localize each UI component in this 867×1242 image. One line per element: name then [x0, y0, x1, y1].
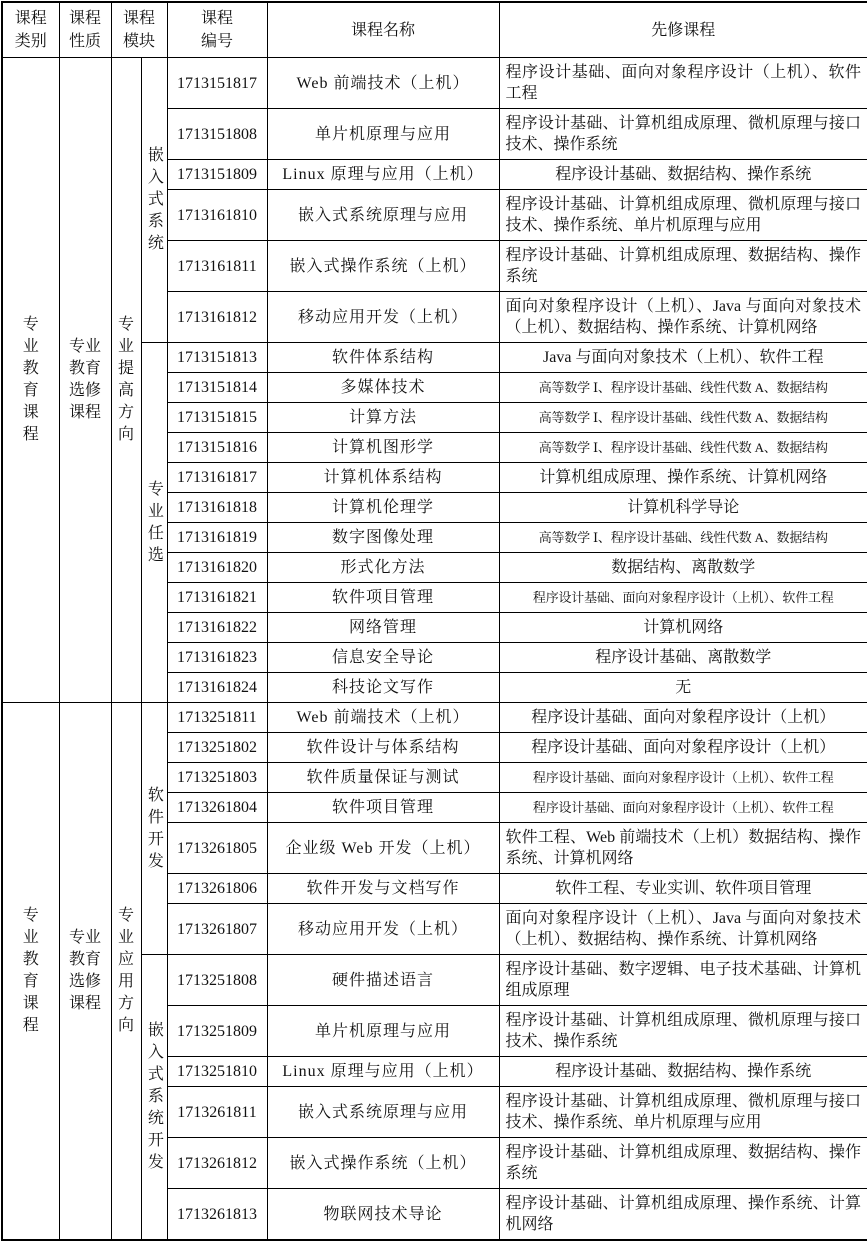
header-course-code-label: 课程编号	[199, 7, 234, 53]
course-code: 1713161822	[167, 613, 267, 643]
course-prereq-label: 程序设计基础、计算机组成原理、微机原理与接口技术、操作系统	[506, 115, 862, 153]
course-name: 软件项目管理	[267, 583, 499, 613]
course-name: 数字图像处理	[267, 523, 499, 553]
course-prereq: 程序设计基础、计算机组成原理、微机原理与接口技术、操作系统、单片机原理与应用	[499, 1087, 867, 1138]
course-code: 1713251808	[167, 955, 267, 1006]
course-name: 计算机图形学	[267, 433, 499, 463]
curriculum-page: 课程类别 课程性质 课程模块 课程编号 课程名称 先修课程 专业教育课程专业教育…	[0, 0, 867, 1242]
header-course-category-label: 课程类别	[13, 7, 48, 53]
course-module-cell: 嵌入式系统	[141, 58, 167, 343]
course-prereq: 程序设计基础、面向对象程序设计（上机）	[499, 733, 867, 763]
header-course-code: 课程编号	[167, 2, 267, 58]
course-code: 1713261805	[167, 823, 267, 874]
course-prereq: 程序设计基础、计算机组成原理、微机原理与接口技术、操作系统	[499, 109, 867, 160]
course-code: 1713261804	[167, 793, 267, 823]
course-module-cell-label: 嵌入式系统	[148, 145, 165, 255]
course-name: 企业级 Web 开发（上机）	[267, 823, 499, 874]
course-code-label: 1713161812	[177, 309, 257, 326]
course-prereq-label: 软件工程、专业实训、软件项目管理	[555, 880, 811, 897]
course-prereq-label: 高等数学 Ⅰ、程序设计基础、线性代数 A、数据结构	[539, 530, 828, 545]
course-code: 1713161818	[167, 493, 267, 523]
course-name-label: 形式化方法	[340, 559, 425, 576]
course-code: 1713161810	[167, 190, 267, 241]
course-code-label: 1713261811	[177, 1104, 256, 1121]
header-row: 课程类别 课程性质 课程模块 课程编号 课程名称 先修课程	[2, 2, 867, 58]
course-direction-cell: 专业应用方向	[111, 703, 141, 1241]
course-code-label: 1713161810	[177, 207, 257, 224]
course-code-label: 1713251808	[177, 972, 257, 989]
course-code-label: 1713151808	[177, 126, 257, 143]
course-name: 软件体系结构	[267, 343, 499, 373]
course-category-cell-label: 专业教育课程	[22, 905, 39, 1037]
course-code: 1713161812	[167, 292, 267, 343]
course-prereq: 程序设计基础、计算机组成原理、数据结构、操作系统	[499, 241, 867, 292]
table-body: 专业教育课程专业教育选修课程专业提高方向嵌入式系统1713151817Web 前…	[2, 58, 867, 1241]
course-code: 1713151808	[167, 109, 267, 160]
course-name: 软件开发与文档写作	[267, 874, 499, 904]
course-code: 1713151814	[167, 373, 267, 403]
course-code-label: 1713261812	[177, 1155, 257, 1172]
course-name-label: 移动应用开发（上机）	[298, 309, 468, 326]
course-name: 信息安全导论	[267, 643, 499, 673]
course-prereq: 无	[499, 673, 867, 703]
course-prereq-label: 程序设计基础、计算机组成原理、微机原理与接口技术、操作系统	[506, 1012, 862, 1050]
course-nature-cell-label: 专业教育选修课程	[68, 336, 102, 424]
course-name: 网络管理	[267, 613, 499, 643]
course-name: 移动应用开发（上机）	[267, 292, 499, 343]
course-prereq: 高等数学 Ⅰ、程序设计基础、线性代数 A、数据结构	[499, 373, 867, 403]
course-prereq: 软件工程、Web 前端技术（上机）数据结构、操作系统、计算机网络	[499, 823, 867, 874]
course-module-cell: 专业任选	[141, 343, 167, 703]
course-prereq: 程序设计基础、面向对象程序设计（上机）、软件工程	[499, 763, 867, 793]
course-name: 嵌入式操作系统（上机）	[267, 241, 499, 292]
course-code-label: 1713161821	[177, 589, 257, 606]
course-code-label: 1713151813	[177, 349, 257, 366]
course-code-label: 1713251803	[177, 769, 257, 786]
course-prereq: 程序设计基础、数字逻辑、电子技术基础、计算机组成原理	[499, 955, 867, 1006]
course-name-label: 计算机体系结构	[323, 469, 442, 486]
course-prereq: 数据结构、离散数学	[499, 553, 867, 583]
course-code: 1713251810	[167, 1057, 267, 1087]
course-name-label: 企业级 Web 开发（上机）	[286, 840, 481, 857]
course-name: 单片机原理与应用	[267, 109, 499, 160]
course-code: 1713251809	[167, 1006, 267, 1057]
course-prereq-label: 计算机网络	[643, 619, 723, 636]
course-code: 1713161820	[167, 553, 267, 583]
course-prereq-label: 无	[675, 679, 691, 696]
course-code-label: 1713161817	[177, 469, 257, 486]
course-name: 形式化方法	[267, 553, 499, 583]
course-prereq-label: 程序设计基础、数据结构、操作系统	[555, 1063, 811, 1080]
course-code: 1713161821	[167, 583, 267, 613]
course-code: 1713161819	[167, 523, 267, 553]
course-code-label: 1713161811	[177, 258, 256, 275]
course-module-cell: 软件开发	[141, 703, 167, 955]
course-prereq: 程序设计基础、面向对象程序设计（上机）	[499, 703, 867, 733]
course-prereq: 高等数学 Ⅰ、程序设计基础、线性代数 A、数据结构	[499, 523, 867, 553]
course-name: 嵌入式系统原理与应用	[267, 1087, 499, 1138]
course-name-label: 单片机原理与应用	[315, 1023, 451, 1040]
course-name-label: 软件开发与文档写作	[306, 880, 459, 897]
course-name-label: 网络管理	[349, 619, 417, 636]
course-prereq: 计算机科学导论	[499, 493, 867, 523]
course-name-label: 嵌入式系统原理与应用	[298, 207, 468, 224]
course-prereq-label: 软件工程、Web 前端技术（上机）数据结构、操作系统、计算机网络	[506, 829, 862, 867]
course-prereq-label: 程序设计基础、面向对象程序设计（上机）、软件工程	[533, 590, 834, 605]
course-prereq-label: 程序设计基础、面向对象程序设计（上机）	[531, 739, 835, 756]
course-code-label: 1713161818	[177, 499, 257, 516]
header-course-nature: 课程性质	[59, 2, 111, 58]
course-name: Web 前端技术（上机）	[267, 58, 499, 109]
course-code-label: 1713251810	[177, 1063, 257, 1080]
course-module-cell: 嵌入式系统开发	[141, 955, 167, 1241]
course-code: 1713161823	[167, 643, 267, 673]
course-prereq: 计算机网络	[499, 613, 867, 643]
course-module-cell-label: 嵌入式系统开发	[148, 1020, 165, 1174]
course-code-label: 1713151814	[177, 379, 257, 396]
course-name-label: 计算机图形学	[332, 439, 434, 456]
course-name-label: Linux 原理与应用（上机）	[282, 166, 483, 183]
course-code-label: 1713151815	[177, 409, 257, 426]
course-name: Linux 原理与应用（上机）	[267, 160, 499, 190]
course-prereq-label: 程序设计基础、计算机组成原理、数据结构、操作系统	[506, 247, 862, 285]
course-prereq-label: 程序设计基础、计算机组成原理、微机原理与接口技术、操作系统、单片机原理与应用	[506, 1093, 862, 1131]
course-name-label: 计算机伦理学	[332, 499, 434, 516]
course-prereq: 程序设计基础、计算机组成原理、微机原理与接口技术、操作系统	[499, 1006, 867, 1057]
course-prereq: 程序设计基础、面向对象程序设计（上机）、软件工程	[499, 583, 867, 613]
course-name-label: 软件项目管理	[332, 589, 434, 606]
course-code-label: 1713261804	[177, 799, 257, 816]
course-code: 1713151813	[167, 343, 267, 373]
course-name-label: 软件体系结构	[332, 349, 434, 366]
course-prereq-label: 程序设计基础、面向对象程序设计（上机）、软件工程	[506, 64, 862, 102]
course-prereq: 高等数学 Ⅰ、程序设计基础、线性代数 A、数据结构	[499, 403, 867, 433]
course-prereq-label: 面向对象程序设计（上机）、Java 与面向对象技术（上机）、数据结构、操作系统、…	[506, 298, 862, 336]
course-nature-cell: 专业教育选修课程	[59, 703, 111, 1241]
course-name: Web 前端技术（上机）	[267, 703, 499, 733]
course-prereq: 面向对象程序设计（上机）、Java 与面向对象技术（上机）、数据结构、操作系统、…	[499, 904, 867, 955]
course-prereq-label: 高等数学 Ⅰ、程序设计基础、线性代数 A、数据结构	[539, 380, 828, 395]
course-code: 1713151815	[167, 403, 267, 433]
course-name-label: 物联网技术导论	[323, 1206, 442, 1223]
course-name: 嵌入式系统原理与应用	[267, 190, 499, 241]
course-name: 软件质量保证与测试	[267, 763, 499, 793]
header-course-module: 课程模块	[111, 2, 167, 58]
course-module-cell-label: 专业任选	[148, 479, 165, 567]
course-name-label: 软件项目管理	[332, 799, 434, 816]
course-prereq: 程序设计基础、计算机组成原理、操作系统、计算机网络	[499, 1189, 867, 1241]
course-name-label: 数字图像处理	[332, 529, 434, 546]
course-prereq-label: 程序设计基础、面向对象程序设计（上机）、软件工程	[533, 800, 834, 815]
course-prereq-label: 高等数学 Ⅰ、程序设计基础、线性代数 A、数据结构	[539, 410, 828, 425]
course-prereq: 程序设计基础、离散数学	[499, 643, 867, 673]
course-module-cell-label: 软件开发	[148, 785, 165, 873]
course-prereq-label: 程序设计基础、计算机组成原理、微机原理与接口技术、操作系统、单片机原理与应用	[506, 196, 862, 234]
course-prereq: 计算机组成原理、操作系统、计算机网络	[499, 463, 867, 493]
course-code-label: 1713261813	[177, 1206, 257, 1223]
header-course-name: 课程名称	[267, 2, 499, 58]
course-name-label: 硬件描述语言	[332, 972, 434, 989]
course-prereq-label: 面向对象程序设计（上机）、Java 与面向对象技术（上机）、数据结构、操作系统、…	[506, 910, 862, 948]
course-prereq: 程序设计基础、面向对象程序设计（上机）、软件工程	[499, 58, 867, 109]
course-name: 计算机体系结构	[267, 463, 499, 493]
course-name-label: 嵌入式操作系统（上机）	[289, 258, 476, 275]
course-code: 1713261812	[167, 1138, 267, 1189]
course-code-label: 1713261805	[177, 840, 257, 857]
course-prereq: 面向对象程序设计（上机）、Java 与面向对象技术（上机）、数据结构、操作系统、…	[499, 292, 867, 343]
course-prereq-label: 计算机科学导论	[627, 499, 739, 516]
course-prereq-label: 程序设计基础、离散数学	[595, 649, 771, 666]
header-prereq-label: 先修课程	[651, 22, 715, 39]
course-prereq-label: 高等数学 Ⅰ、程序设计基础、线性代数 A、数据结构	[539, 440, 828, 455]
course-prereq-label: Java 与面向对象技术（上机）、软件工程	[543, 349, 823, 366]
course-prereq: 程序设计基础、计算机组成原理、微机原理与接口技术、操作系统、单片机原理与应用	[499, 190, 867, 241]
course-code-label: 1713161823	[177, 649, 257, 666]
course-name-label: Linux 原理与应用（上机）	[282, 1063, 483, 1080]
course-code: 1713251802	[167, 733, 267, 763]
course-prereq: 软件工程、专业实训、软件项目管理	[499, 874, 867, 904]
header-course-nature-label: 课程性质	[67, 7, 102, 53]
course-prereq-label: 程序设计基础、计算机组成原理、操作系统、计算机网络	[506, 1195, 862, 1233]
course-code-label: 1713161820	[177, 559, 257, 576]
course-code: 1713261807	[167, 904, 267, 955]
curriculum-table: 课程类别 课程性质 课程模块 课程编号 课程名称 先修课程 专业教育课程专业教育…	[1, 1, 867, 1241]
course-name: 软件项目管理	[267, 793, 499, 823]
course-prereq-label: 数据结构、离散数学	[611, 559, 755, 576]
course-name-label: Web 前端技术（上机）	[297, 75, 470, 92]
course-direction-cell-label: 专业提高方向	[118, 314, 135, 446]
course-name: 科技论文写作	[267, 673, 499, 703]
course-code-label: 1713261806	[177, 880, 257, 897]
course-name: 嵌入式操作系统（上机）	[267, 1138, 499, 1189]
course-prereq: 程序设计基础、数据结构、操作系统	[499, 1057, 867, 1087]
header-course-category: 课程类别	[2, 2, 59, 58]
course-category-cell: 专业教育课程	[2, 703, 59, 1241]
course-prereq-label: 计算机组成原理、操作系统、计算机网络	[539, 469, 827, 486]
course-name-label: 软件质量保证与测试	[306, 769, 459, 786]
course-code: 1713261806	[167, 874, 267, 904]
course-code-label: 1713251809	[177, 1023, 257, 1040]
course-name-label: 移动应用开发（上机）	[298, 921, 468, 938]
course-nature-cell-label: 专业教育选修课程	[68, 927, 102, 1015]
course-code: 1713151817	[167, 58, 267, 109]
header-prereq: 先修课程	[499, 2, 867, 58]
course-code: 1713261813	[167, 1189, 267, 1241]
course-name-label: 嵌入式系统原理与应用	[298, 1104, 468, 1121]
course-name: 计算机伦理学	[267, 493, 499, 523]
course-name-label: 计算方法	[349, 409, 417, 426]
course-prereq: 程序设计基础、计算机组成原理、数据结构、操作系统	[499, 1138, 867, 1189]
course-direction-cell-label: 专业应用方向	[118, 905, 135, 1037]
course-name-label: 科技论文写作	[332, 679, 434, 696]
course-row: 专业教育课程专业教育选修课程专业应用方向软件开发1713251811Web 前端…	[2, 703, 867, 733]
course-name: 移动应用开发（上机）	[267, 904, 499, 955]
course-name: 多媒体技术	[267, 373, 499, 403]
header-course-module-label: 课程模块	[121, 7, 156, 53]
course-prereq-label: 程序设计基础、计算机组成原理、数据结构、操作系统	[506, 1144, 862, 1182]
course-name-label: 软件设计与体系结构	[306, 739, 459, 756]
header-course-name-label: 课程名称	[351, 22, 415, 39]
course-name: Linux 原理与应用（上机）	[267, 1057, 499, 1087]
course-code-label: 1713161824	[177, 679, 257, 696]
course-prereq: 程序设计基础、面向对象程序设计（上机）、软件工程	[499, 793, 867, 823]
course-code: 1713161824	[167, 673, 267, 703]
course-name: 计算方法	[267, 403, 499, 433]
course-prereq-label: 程序设计基础、面向对象程序设计（上机）	[531, 709, 835, 726]
course-direction-cell: 专业提高方向	[111, 58, 141, 703]
course-code-label: 1713161822	[177, 619, 257, 636]
course-code: 1713161817	[167, 463, 267, 493]
course-prereq-label: 程序设计基础、数据结构、操作系统	[555, 166, 811, 183]
course-name: 硬件描述语言	[267, 955, 499, 1006]
course-code-label: 1713161819	[177, 529, 257, 546]
course-name: 物联网技术导论	[267, 1189, 499, 1241]
course-name-label: 多媒体技术	[340, 379, 425, 396]
course-code-label: 1713251811	[177, 709, 256, 726]
course-prereq-label: 程序设计基础、面向对象程序设计（上机）、软件工程	[533, 770, 834, 785]
course-code: 1713261811	[167, 1087, 267, 1138]
course-code-label: 1713261807	[177, 921, 257, 938]
course-code-label: 1713151809	[177, 166, 257, 183]
course-name-label: 信息安全导论	[332, 649, 434, 666]
course-code: 1713251803	[167, 763, 267, 793]
course-prereq: 高等数学 Ⅰ、程序设计基础、线性代数 A、数据结构	[499, 433, 867, 463]
course-code-label: 1713151817	[177, 75, 257, 92]
course-prereq: Java 与面向对象技术（上机）、软件工程	[499, 343, 867, 373]
course-code-label: 1713251802	[177, 739, 257, 756]
course-nature-cell: 专业教育选修课程	[59, 58, 111, 703]
course-row: 专业教育课程专业教育选修课程专业提高方向嵌入式系统1713151817Web 前…	[2, 58, 867, 109]
course-code: 1713161811	[167, 241, 267, 292]
course-category-cell-label: 专业教育课程	[22, 314, 39, 446]
course-name-label: 嵌入式操作系统（上机）	[289, 1155, 476, 1172]
course-code: 1713151816	[167, 433, 267, 463]
course-code: 1713151809	[167, 160, 267, 190]
course-name-label: Web 前端技术（上机）	[297, 709, 470, 726]
course-name: 单片机原理与应用	[267, 1006, 499, 1057]
course-code-label: 1713151816	[177, 439, 257, 456]
course-code: 1713251811	[167, 703, 267, 733]
course-name: 软件设计与体系结构	[267, 733, 499, 763]
course-name-label: 单片机原理与应用	[315, 126, 451, 143]
course-prereq-label: 程序设计基础、数字逻辑、电子技术基础、计算机组成原理	[506, 961, 862, 999]
course-prereq: 程序设计基础、数据结构、操作系统	[499, 160, 867, 190]
course-category-cell: 专业教育课程	[2, 58, 59, 703]
